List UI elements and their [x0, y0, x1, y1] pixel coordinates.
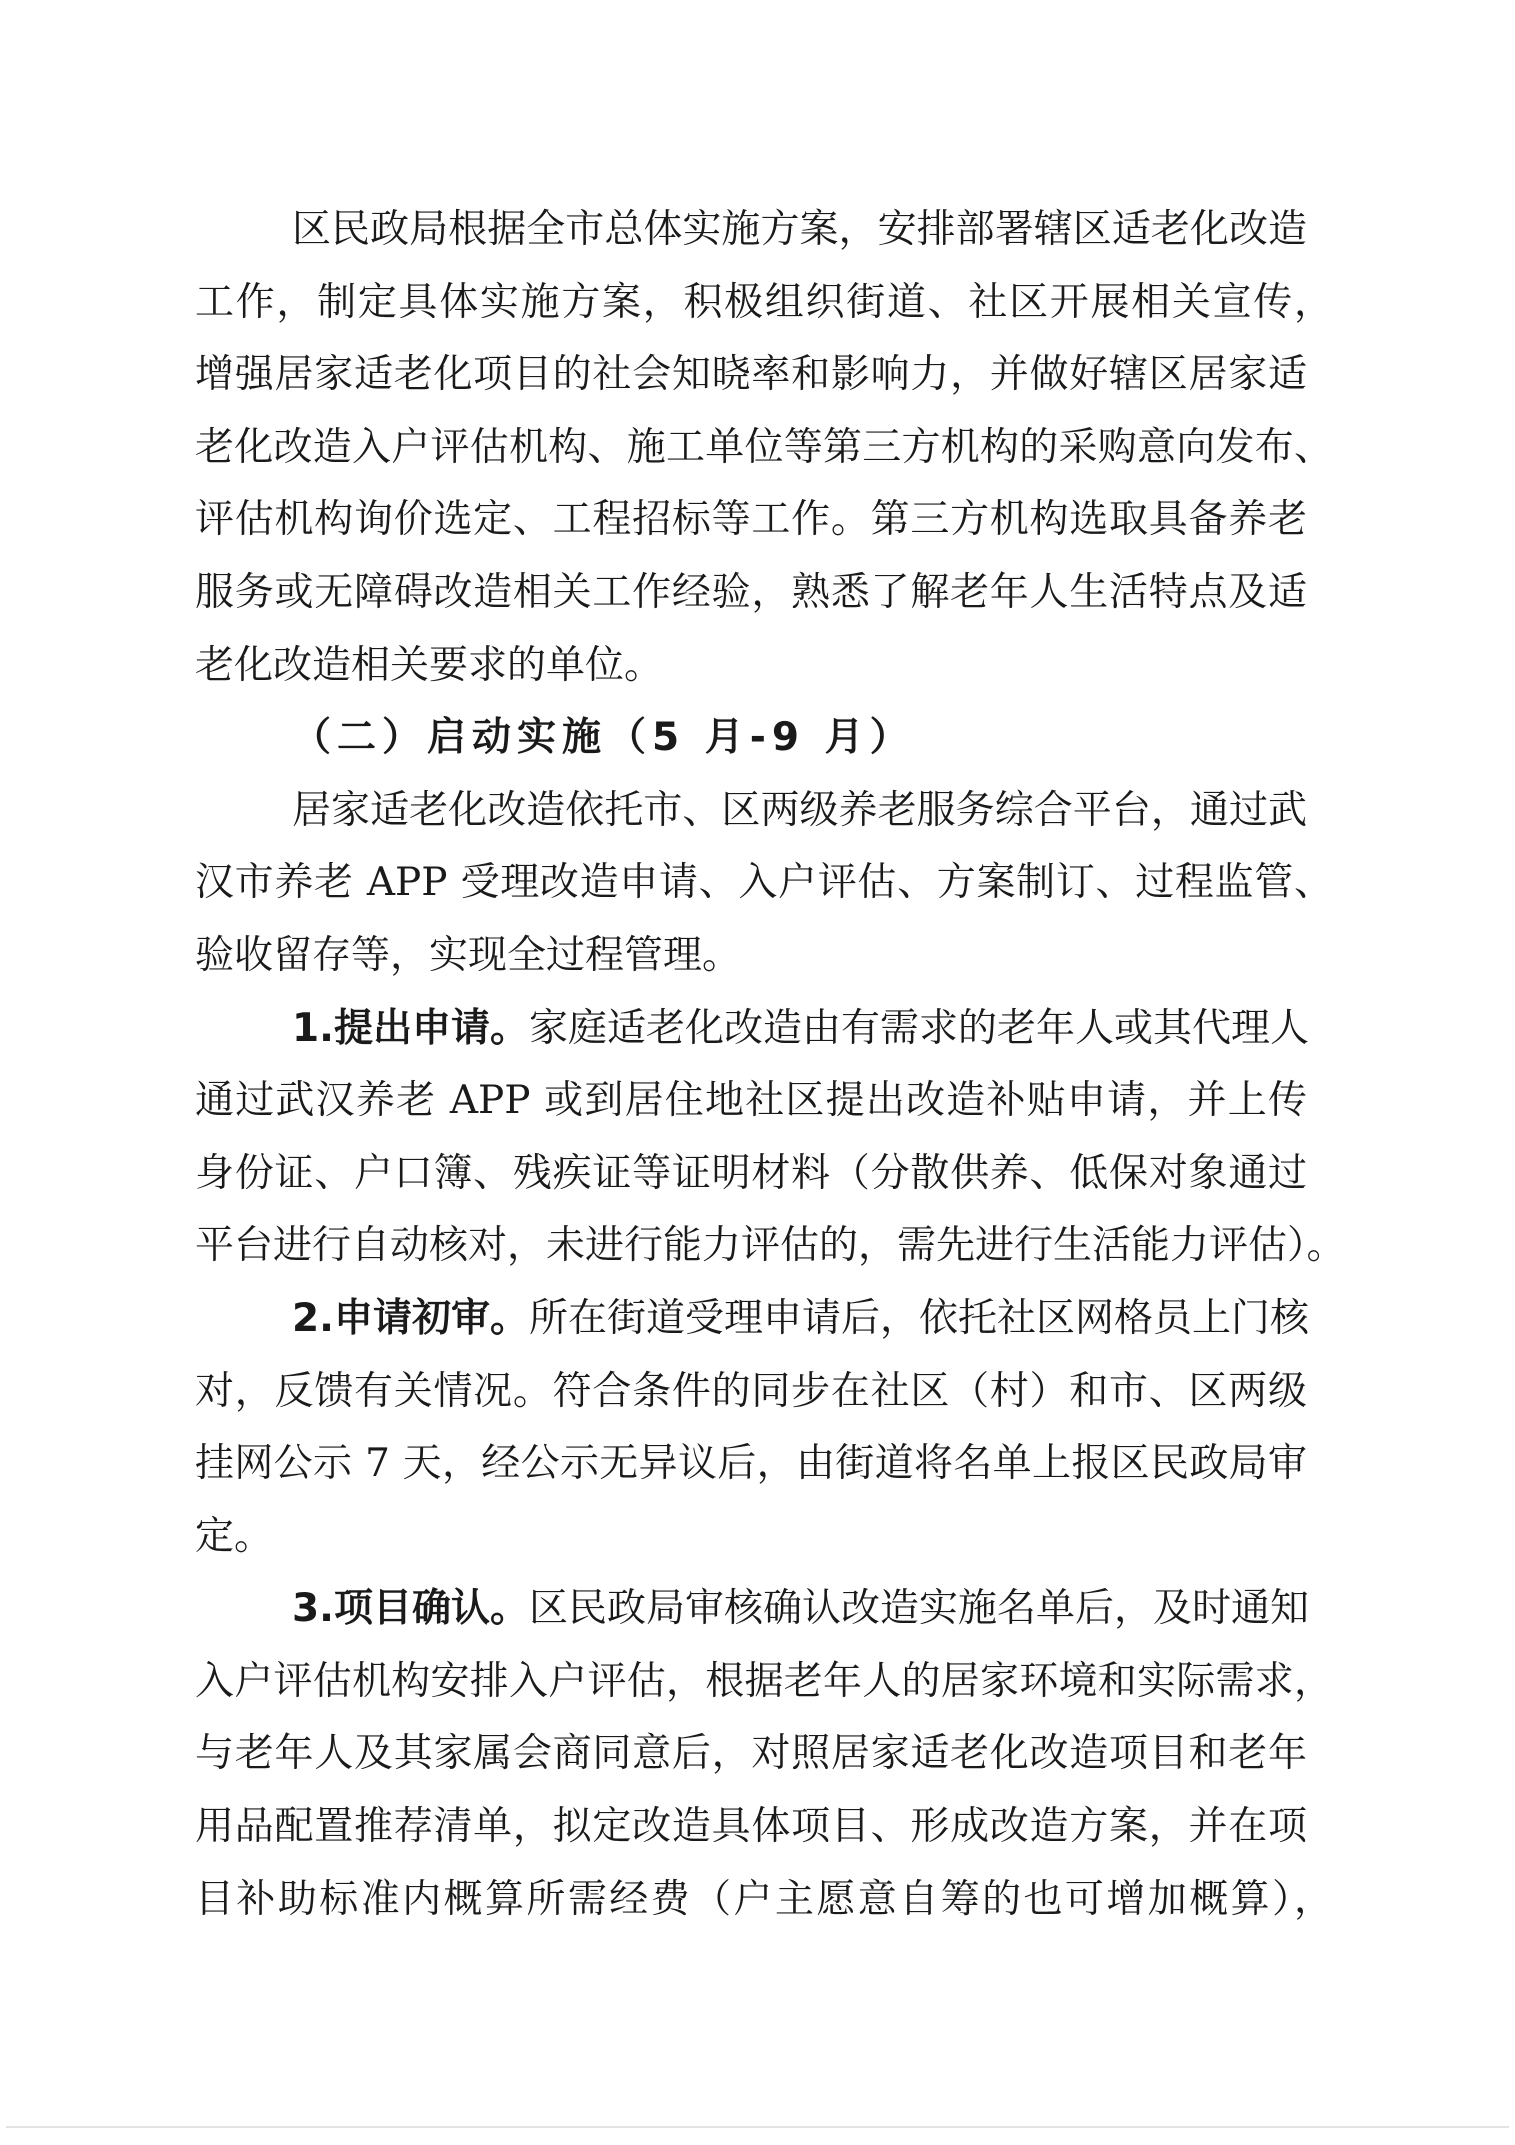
- text-line: 区民政局根据全市总体实施方案，安排部署辖区适老化改造: [195, 204, 1307, 277]
- text-line: 挂网公示 7 天，经公示无异议后，由街道将名单上报区民政局审: [195, 1438, 1307, 1511]
- text-line: 2.申请初审。所在街道受理申请后，依托社区网格员上门核: [195, 1293, 1307, 1366]
- section-heading: （二）启动实施（5 月-9 月）: [195, 712, 1307, 785]
- text-line: 1.提出申请。家庭适老化改造由有需求的老年人或其代理人: [195, 1003, 1307, 1076]
- paragraph-overview: 居家适老化改造依托市、区两级养老服务综合平台，通过武 汉市养老 APP 受理改造…: [195, 785, 1307, 1003]
- paragraph-step-3: 3.项目确认。区民政局审核确认改造实施名单后，及时通知 入户评估机构安排入户评估…: [195, 1583, 1307, 1946]
- text-line: 定。: [195, 1511, 1307, 1584]
- text-line: 老化改造入户评估机构、施工单位等第三方机构的采购意向发布、: [195, 422, 1333, 495]
- text-line: 通过武汉养老 APP 或到居住地社区提出改造补贴申请，并上传: [195, 1075, 1307, 1148]
- text-line: 3.项目确认。区民政局审核确认改造实施名单后，及时通知: [195, 1583, 1307, 1656]
- text-line: 汉市养老 APP 受理改造申请、入户评估、方案制订、过程监管、: [195, 857, 1333, 930]
- document-body: 区民政局根据全市总体实施方案，安排部署辖区适老化改造 工作，制定具体实施方案，积…: [195, 204, 1307, 1946]
- step-3-lead: 3.项目确认。: [292, 1586, 529, 1631]
- text-line: 老化改造相关要求的单位。: [195, 640, 1307, 713]
- text-line: 平台进行自动核对，未进行能力评估的，需先进行生活能力评估）。: [195, 1220, 1333, 1293]
- step-2-lead: 2.申请初审。: [292, 1296, 529, 1341]
- text-span: 家庭适老化改造由有需求的老年人或其代理人: [529, 1006, 1309, 1051]
- text-line: 入户评估机构安排入户评估，根据老年人的居家环境和实际需求，: [195, 1656, 1333, 1729]
- paragraph-intro: 区民政局根据全市总体实施方案，安排部署辖区适老化改造 工作，制定具体实施方案，积…: [195, 204, 1307, 712]
- text-span: 区民政局审核确认改造实施名单后，及时通知: [529, 1586, 1309, 1631]
- text-line: 验收留存等，实现全过程管理。: [195, 930, 1307, 1003]
- document-page: 区民政局根据全市总体实施方案，安排部署辖区适老化改造 工作，制定具体实施方案，积…: [0, 0, 1515, 2145]
- paragraph-step-2: 2.申请初审。所在街道受理申请后，依托社区网格员上门核 对，反馈有关情况。符合条…: [195, 1293, 1307, 1583]
- text-line: 增强居家适老化项目的社会知晓率和影响力，并做好辖区居家适: [195, 349, 1307, 422]
- text-line: 与老年人及其家属会商同意后，对照居家适老化改造项目和老年: [195, 1728, 1307, 1801]
- text-span: 所在街道受理申请后，依托社区网格员上门核: [529, 1296, 1309, 1341]
- page-bottom-edge: [6, 2126, 1509, 2128]
- text-line: 用品配置推荐清单，拟定改造具体项目、形成改造方案，并在项: [195, 1801, 1307, 1874]
- text-line: 对，反馈有关情况。符合条件的同步在社区（村）和市、区两级: [195, 1366, 1307, 1439]
- text-line: 工作，制定具体实施方案，积极组织街道、社区开展相关宣传，: [195, 277, 1333, 350]
- text-line: 身份证、户口簿、残疾证等证明材料（分散供养、低保对象通过: [195, 1148, 1307, 1221]
- paragraph-step-1: 1.提出申请。家庭适老化改造由有需求的老年人或其代理人 通过武汉养老 APP 或…: [195, 1003, 1307, 1293]
- text-line: 服务或无障碍改造相关工作经验，熟悉了解老年人生活特点及适: [195, 567, 1307, 640]
- text-line: 居家适老化改造依托市、区两级养老服务综合平台，通过武: [195, 785, 1307, 858]
- text-line: 评估机构询价选定、工程招标等工作。第三方机构选取具备养老: [195, 494, 1307, 567]
- step-1-lead: 1.提出申请。: [292, 1006, 529, 1051]
- text-line: 目补助标准内概算所需经费（户主愿意自筹的也可增加概算），: [195, 1874, 1333, 1947]
